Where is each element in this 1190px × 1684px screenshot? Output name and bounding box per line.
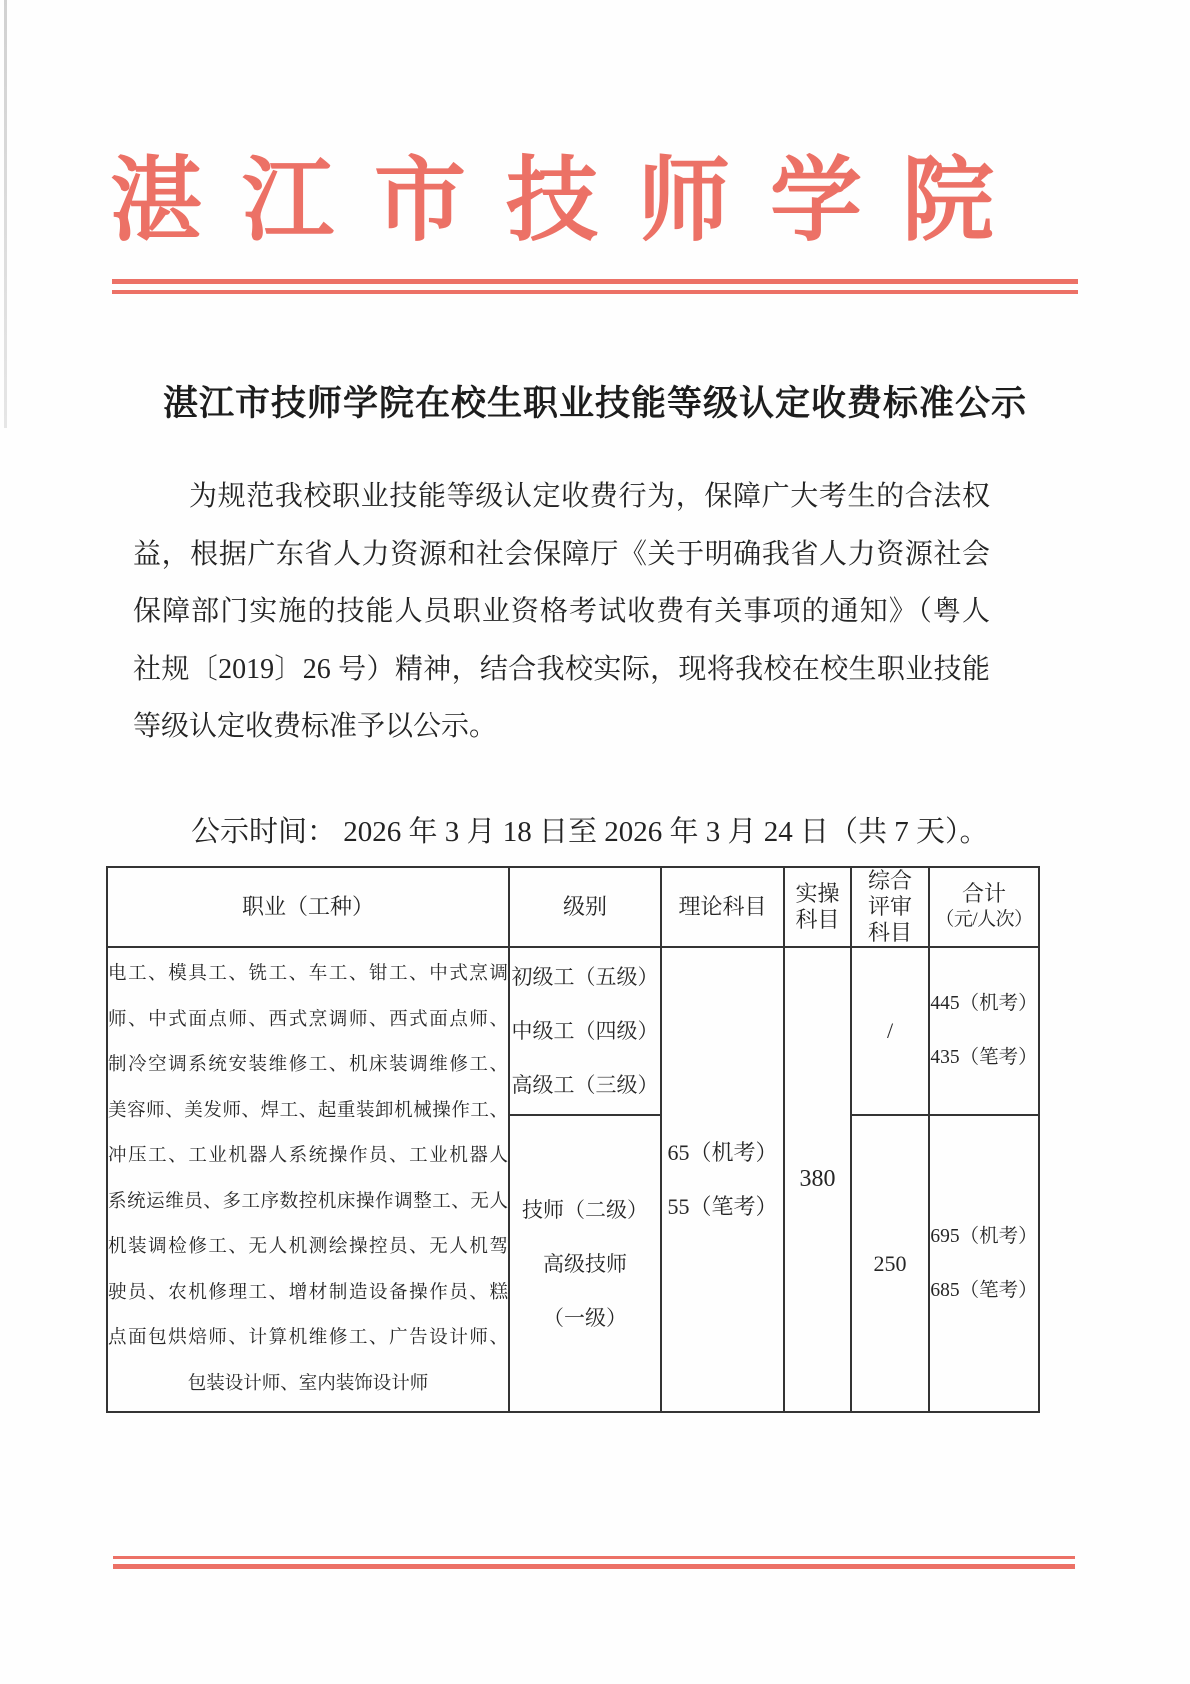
header-theory: 理论科目 [661,867,784,947]
occupation-line: 美容师、美发师、焊工、起重装卸机械操作工、 [108,1089,508,1135]
scan-artifact-line [4,0,7,428]
review-fee-cell-junior: / [851,947,929,1115]
total-fee-cell-senior: 695（机考） 685（笔考） [929,1115,1039,1412]
occupation-line: 系统运维员、多工序数控机床操作调整工、无人 [108,1180,508,1226]
scanned-document-page: 湛江市技师学院 湛江市技师学院在校生职业技能等级认定收费标准公示 为规范我校职业… [0,0,1190,1684]
footer-divider-thin [113,1556,1075,1559]
occupation-line: 师、中式面点师、西式烹调师、西式面点师、 [108,998,508,1044]
level-line: （一级） [510,1291,660,1345]
total-fee-line: 695（机考） [930,1210,1038,1264]
letterhead-divider-thick [112,279,1078,284]
header-practical-line: 科目 [785,907,850,933]
header-review-line: 科目 [852,920,928,946]
level-line: 高级技师 [510,1237,660,1291]
document-title: 湛江市技师学院在校生职业技能等级认定收费标准公示 [0,376,1190,426]
header-review: 综合 评审 科目 [851,867,929,947]
theory-fee-line: 65（机考） [662,1126,783,1180]
level-cell-senior: 技师（二级） 高级技师 （一级） [509,1115,661,1412]
level-line: 高级工（三级） [510,1058,660,1112]
body-line: 益，根据广东省人力资源和社会保障厅《关于明确我省人力资源社会 [133,526,990,584]
header-level-label: 级别 [510,894,660,920]
header-review-line: 评审 [852,894,928,920]
body-line: 为规范我校职业技能等级认定收费行为，保障广大考生的合法权 [133,468,990,526]
theory-fee-cell: 65（机考） 55（笔考） [661,947,784,1412]
occupation-line: 电工、模具工、铣工、车工、钳工、中式烹调 [108,952,508,998]
header-total-line: 合计 [930,881,1038,907]
header-practical: 实操 科目 [784,867,851,947]
header-total: 合计 （元/人次） [929,867,1039,947]
level-line: 初级工（五级） [510,950,660,1004]
total-fee-line: 445（机考） [930,977,1038,1031]
letterhead-divider-thin [112,290,1078,294]
practical-fee-cell: 380 [784,947,851,1412]
level-cell-junior: 初级工（五级） 中级工（四级） 高级工（三级） [509,947,661,1115]
fee-table-header-row: 职业（工种） 级别 理论科目 实操 科目 综合 评审 科目 合计 （元/人次） [107,867,1039,947]
header-occupation-label: 职业（工种） [108,894,508,920]
occupation-line: 包装设计师、室内装饰设计师 [108,1362,508,1408]
body-paragraph: 为规范我校职业技能等级认定收费行为，保障广大考生的合法权 益，根据广东省人力资源… [133,468,990,756]
occupation-line: 冲压工、工业机器人系统操作员、工业机器人 [108,1134,508,1180]
total-fee-cell-junior: 445（机考） 435（笔考） [929,947,1039,1115]
theory-fee-line: 55（笔考） [662,1180,783,1234]
header-practical-line: 实操 [785,881,850,907]
publicity-period-line: 公示时间： 2026 年 3 月 18 日至 2026 年 3 月 24 日（共… [133,812,1053,852]
header-total-line: （元/人次） [930,907,1038,933]
header-theory-label: 理论科目 [662,894,783,920]
header-occupation: 职业（工种） [107,867,509,947]
level-line: 技师（二级） [510,1183,660,1237]
occupation-line: 驶员、农机修理工、增材制造设备操作员、糕 [108,1271,508,1317]
header-review-line: 综合 [852,868,928,894]
level-line: 中级工（四级） [510,1004,660,1058]
header-level: 级别 [509,867,661,947]
occupation-line: 制冷空调系统安装维修工、机床装调维修工、 [108,1043,508,1089]
body-line: 等级认定收费标准予以公示。 [133,698,990,756]
occupation-line: 点面包烘焙师、计算机维修工、广告设计师、 [108,1316,508,1362]
fee-table-row-junior: 电工、模具工、铣工、车工、钳工、中式烹调 师、中式面点师、西式烹调师、西式面点师… [107,947,1039,1115]
fee-table: 职业（工种） 级别 理论科目 实操 科目 综合 评审 科目 合计 （元/人次） [106,866,1040,1413]
occupation-line: 机装调检修工、无人机测绘操控员、无人机驾 [108,1225,508,1271]
body-line: 社规〔2019〕26 号）精神，结合我校实际，现将我校在校生职业技能 [133,641,990,699]
total-fee-line: 435（笔考） [930,1031,1038,1085]
total-fee-line: 685（笔考） [930,1264,1038,1318]
footer-divider-thick [113,1564,1075,1569]
occupation-cell: 电工、模具工、铣工、车工、钳工、中式烹调 师、中式面点师、西式烹调师、西式面点师… [107,947,509,1412]
review-fee-cell-senior: 250 [851,1115,929,1412]
body-line: 保障部门实施的技能人员职业资格考试收费有关事项的通知》（粤人 [133,583,990,641]
letterhead-school-name: 湛江市技师学院 [110,153,1034,250]
